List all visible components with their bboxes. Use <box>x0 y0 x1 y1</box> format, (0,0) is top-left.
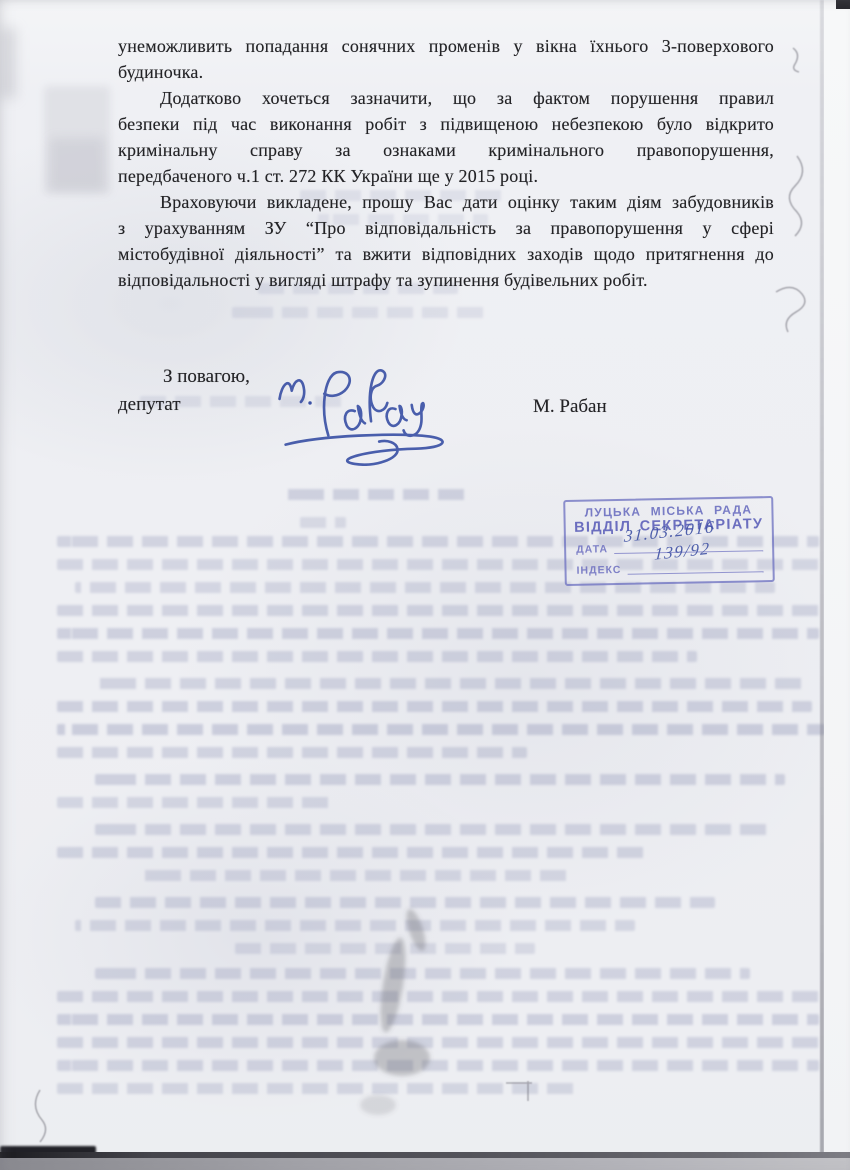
bleedthrough-line <box>235 943 535 954</box>
body-line: будиночка. <box>118 59 774 85</box>
bleedthrough-line <box>57 797 337 808</box>
bleedthrough-line <box>57 701 812 712</box>
bleedthrough-line <box>95 824 775 835</box>
bleedthrough-line <box>57 724 825 735</box>
bleedthrough-line <box>57 1060 819 1071</box>
bleedthrough-line <box>300 517 346 528</box>
stamp-index-rule <box>627 570 763 575</box>
body-text: унеможливить попадання сонячних променів… <box>118 33 774 293</box>
bleedthrough-line <box>283 489 468 500</box>
body-line: Враховуючи викладене, прошу Вас дати оці… <box>118 189 774 215</box>
body-line: відповідальності у вигляді штрафу та зуп… <box>118 267 774 293</box>
stamp-index-label: ІНДЕКС <box>576 564 627 577</box>
scanner-background <box>824 0 850 1170</box>
edge-shadow <box>0 28 16 98</box>
bleedthrough-line <box>57 847 647 858</box>
body-line: Додатково хочеться зазначити, що за факт… <box>118 85 774 111</box>
bleedthrough-line <box>57 1037 819 1048</box>
signature-initial <box>280 380 305 402</box>
signature-flourish <box>286 435 443 465</box>
secretariat-stamp: ЛУЦЬКА МІСЬКА РАДА ВІДДІЛ СЕКРЕТАРІАТУ Д… <box>563 496 775 586</box>
bleedthrough-line <box>140 870 570 881</box>
ghost-emblem-inner <box>50 138 104 190</box>
bleedthrough-line <box>57 628 819 639</box>
bleedthrough-line <box>95 968 750 979</box>
bleedthrough-line <box>57 605 819 616</box>
bleedthrough-line <box>57 1014 819 1025</box>
bleedthrough-line <box>57 1083 577 1094</box>
bleedthrough-line <box>95 678 805 689</box>
stamp-date-label: ДАТА <box>576 543 614 556</box>
bleedthrough-line <box>57 651 697 662</box>
closing-salutation: З повагою, <box>163 366 250 388</box>
bleedthrough-line <box>57 991 819 1002</box>
scanned-page: унеможливить попадання сонячних променів… <box>0 0 850 1170</box>
scan-corner-mark <box>836 0 850 9</box>
bleedthrough-line <box>75 920 635 931</box>
body-line: безпеки під час виконання робіт з підвищ… <box>118 111 774 137</box>
body-line: передбаченого ч.1 ст. 272 КК України ще … <box>118 163 774 189</box>
scanner-bottom-strip <box>0 1158 850 1170</box>
bleedthrough-line <box>95 897 715 908</box>
signer-name: М. Рабан <box>533 396 607 418</box>
signature-ink <box>268 346 468 466</box>
bleedthrough-line <box>232 307 492 318</box>
body-line: з урахуванням ЗУ “Про відповідальність з… <box>118 215 774 241</box>
bleedthrough-line <box>95 774 785 785</box>
body-line: унеможливить попадання сонячних променів… <box>118 33 774 59</box>
body-line: кримінальну справу за ознаками криміналь… <box>118 137 774 163</box>
bleedthrough-line <box>57 747 527 758</box>
body-line: містобудівної діяльності” та вжити відпо… <box>118 241 774 267</box>
signer-title: депутат <box>118 394 181 416</box>
